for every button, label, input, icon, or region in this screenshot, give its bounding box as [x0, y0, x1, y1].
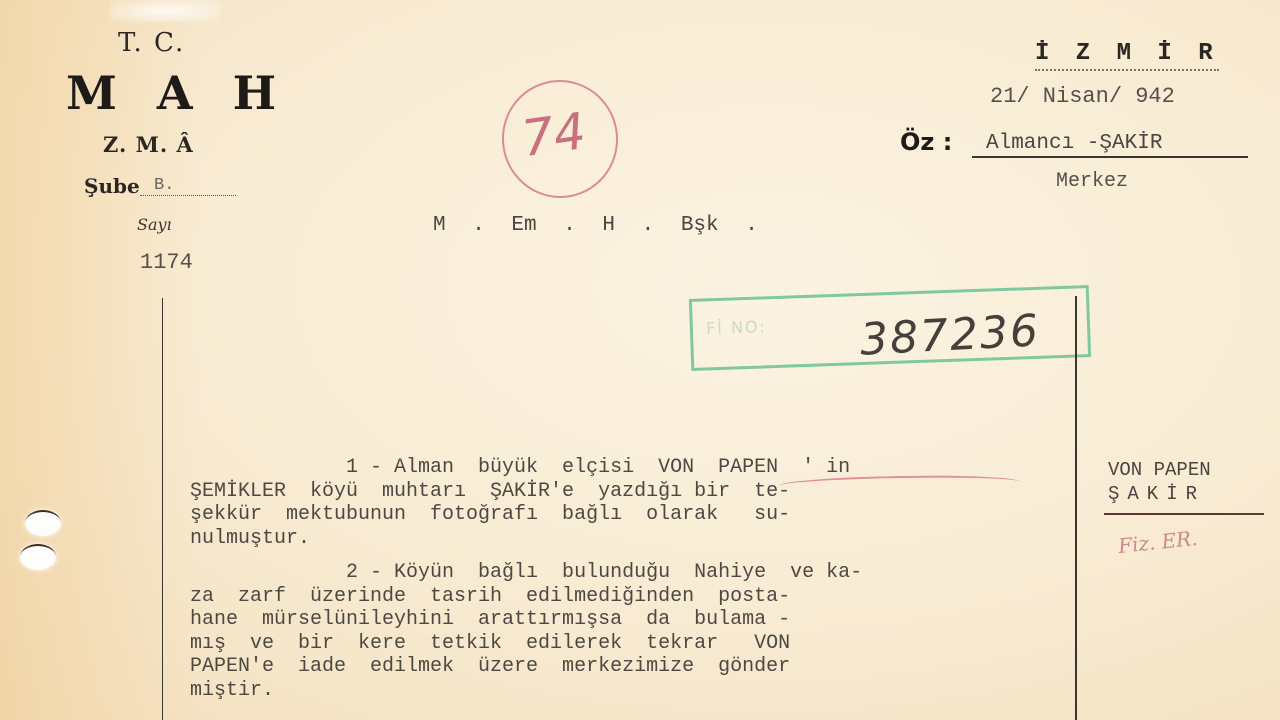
paragraph-2: 2 - Köyün bağlı bulunduğu Nahiye ve ka- … [190, 561, 1058, 702]
letterhead-state: T. C. [118, 28, 185, 58]
stamp-number: 387236 [859, 305, 1041, 365]
stamp-label: Fİ NO: [706, 317, 767, 338]
margin-note: VON PAPEN ŞAKİR [1108, 458, 1211, 506]
right-margin-line [1075, 296, 1077, 720]
letterhead-ministry: M A H [66, 66, 288, 120]
margin-note-line2: ŞAKİR [1108, 482, 1211, 506]
addressee: M . Em . H . Bşk . [433, 214, 758, 237]
margin-note-underline [1104, 513, 1264, 515]
office-name: Merkez [1056, 170, 1128, 193]
letter-body: 1 - Alman büyük elçisi VON PAPEN ' in ŞE… [190, 456, 1058, 702]
number-label: Sayı [137, 215, 172, 234]
margin-note-line1: VON PAPEN [1108, 458, 1211, 482]
subject-label: Öz : [900, 128, 952, 156]
letterhead-department: Z. M. Â [103, 132, 194, 157]
city-heading: İ Z M İ R [1035, 40, 1219, 71]
paper-stain [110, 0, 220, 22]
document-number: 1174 [140, 250, 193, 275]
left-margin-line [162, 298, 163, 720]
punch-hole-icon [25, 510, 61, 536]
punch-hole-icon [20, 544, 56, 570]
margin-signature: Fiz. ER. [1117, 526, 1199, 558]
branch-value: B. [140, 176, 236, 196]
circled-number: 74 [518, 102, 589, 168]
document-date: 21/ Nisan/ 942 [990, 84, 1175, 109]
branch-label: Şube [84, 174, 140, 198]
paragraph-1: 1 - Alman büyük elçisi VON PAPEN ' in ŞE… [190, 456, 1058, 550]
subject-value: Almancı -ŞAKİR [972, 132, 1248, 158]
